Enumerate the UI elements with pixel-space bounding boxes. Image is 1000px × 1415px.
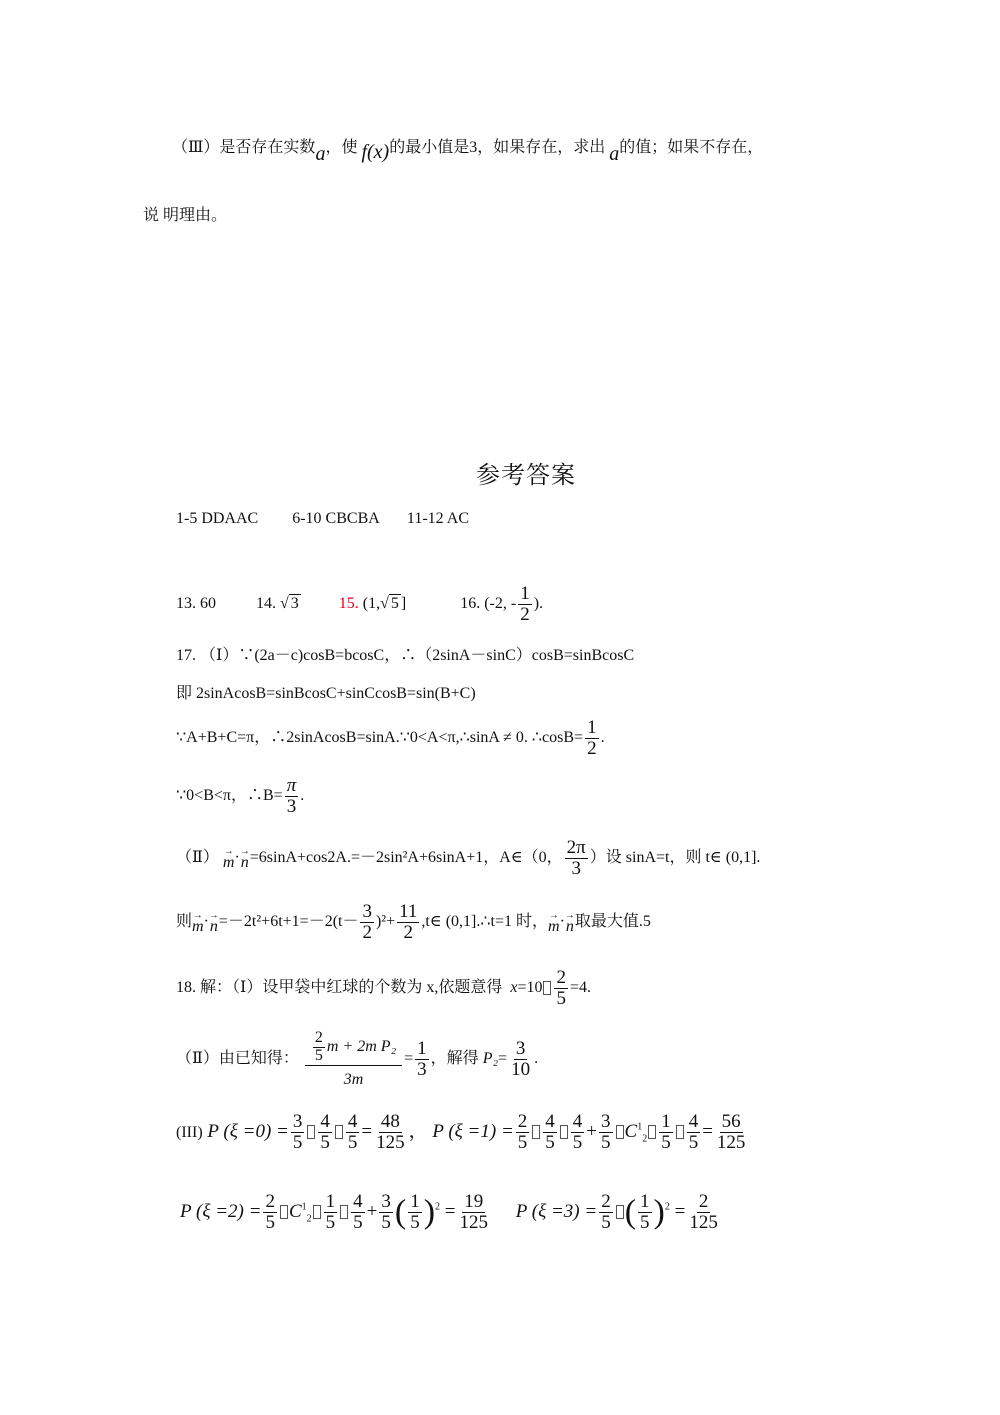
- fraction: 13: [415, 1039, 429, 1080]
- fx: f(x): [361, 141, 389, 163]
- q18-line2: （Ⅱ）由已知得： 25m + 2m P₂ 3m =13，解得 P₂=310.: [176, 1030, 538, 1088]
- num: 4: [346, 1112, 360, 1133]
- q17-line4: ∵0<B<π，∴B=π3.: [176, 776, 304, 817]
- var-p2: P₂: [483, 1050, 498, 1067]
- vector-m: →m: [192, 911, 204, 934]
- num: 48: [379, 1112, 402, 1133]
- num: π: [285, 776, 299, 797]
- den: 5: [263, 1213, 277, 1233]
- answers-title: 参考答案: [476, 455, 576, 490]
- text: (III): [176, 1124, 203, 1141]
- den: 5: [313, 1048, 325, 1065]
- fraction: 25: [554, 968, 568, 1009]
- fraction: 2125: [687, 1192, 720, 1233]
- var: n: [566, 920, 574, 934]
- fraction: 25: [313, 1030, 325, 1065]
- fraction: 19125: [457, 1192, 490, 1233]
- q17-line1: 17. （Ⅰ）∵(2a－c)cosB=bcosC，∴（2sinA－sinC）co…: [176, 642, 634, 665]
- text: .: [300, 787, 304, 804]
- fraction: 45: [318, 1112, 332, 1153]
- q18-line4: P (ξ =2) =25C121545+35(15)2 =19125 P (ξ …: [180, 1192, 722, 1233]
- placeholder-glyph: [335, 1125, 343, 1139]
- fraction: 12: [518, 584, 532, 625]
- den: 5: [351, 1213, 365, 1233]
- num: 1: [659, 1112, 673, 1133]
- text: )²+: [376, 913, 395, 930]
- q17-line3: ∵A+B+C=π，∴2sinAcosB=sinA.∵0<A<π,∴sinA ≠ …: [176, 718, 605, 759]
- den: 5: [408, 1213, 422, 1233]
- num: 2: [263, 1192, 277, 1213]
- sup: 2: [665, 1201, 670, 1212]
- fraction: 45: [346, 1112, 360, 1153]
- text: +: [367, 1201, 378, 1222]
- placeholder-glyph: [532, 1125, 540, 1139]
- p-xi-1: P (ξ =1) =: [432, 1121, 513, 1142]
- num: 1: [585, 718, 599, 739]
- mc-11-12: 11-12 AC: [407, 510, 469, 527]
- num: 1: [408, 1192, 422, 1213]
- num: 3: [514, 1039, 528, 1060]
- q16-b: ).: [534, 595, 543, 612]
- text: .: [534, 1050, 538, 1067]
- p-xi-2: P (ξ =2) =: [180, 1201, 261, 1222]
- fraction: 310: [509, 1039, 532, 1080]
- sup: 1: [302, 1201, 307, 1212]
- fraction: 25: [516, 1112, 530, 1153]
- num: 4: [571, 1112, 585, 1133]
- num: 4: [318, 1112, 332, 1133]
- num: 11: [397, 902, 419, 923]
- fill-answers: 13. 60 14. √3 15. (1,√5] 16. (-2, -12).: [176, 584, 543, 625]
- sup: 2: [435, 1201, 440, 1212]
- num: 1: [324, 1192, 338, 1213]
- fraction: 45: [543, 1112, 557, 1153]
- text: ∵A+B+C=π，∴2sinAcosB=sinA.∵0<A<π,∴sinA ≠ …: [176, 729, 583, 746]
- q18-line1: 18. 解：（Ⅰ）设甲袋中红球的个数为 x,依题意得 x=1025=4.: [176, 968, 591, 1009]
- mc-6-10: 6-10 CBCBA: [292, 510, 379, 527]
- num: 1: [518, 584, 532, 605]
- fraction: π3: [285, 776, 299, 817]
- den: 3: [415, 1060, 429, 1080]
- paren: ): [424, 1193, 435, 1230]
- den: 5: [554, 989, 568, 1009]
- text: ∵0<B<π，∴B=: [176, 787, 283, 804]
- text: =10: [517, 979, 542, 996]
- fraction: 15: [638, 1192, 652, 1233]
- den: 5: [638, 1213, 652, 1233]
- q17-line6: 则→m·→n=－2t²+6t+1=－2(t－32)²+112,t∈ (0,1].…: [176, 902, 651, 943]
- num: 2π: [565, 838, 588, 859]
- q17-line2: 即 2sinAcosB=sinBcosC+sinCcosB=sin(B+C): [176, 680, 476, 703]
- num: 3: [360, 902, 374, 923]
- q16-label: 16.: [460, 595, 480, 612]
- text: ，解得: [431, 1050, 479, 1067]
- den: 5: [346, 1133, 360, 1153]
- fraction: 45: [687, 1112, 701, 1153]
- num: 2: [599, 1192, 613, 1213]
- placeholder-glyph: [616, 1125, 624, 1139]
- fraction: 45: [351, 1192, 365, 1233]
- vector-m: →m: [548, 911, 560, 934]
- text: 则: [176, 913, 192, 930]
- text: m + 2m P₂: [327, 1038, 396, 1055]
- combination-c: C: [289, 1201, 302, 1222]
- num: 3: [379, 1192, 393, 1213]
- placeholder-glyph: [676, 1125, 684, 1139]
- p-xi-3: P (ξ =3) =: [516, 1201, 597, 1222]
- paren: (: [625, 1193, 636, 1230]
- den: 5: [379, 1213, 393, 1233]
- den: 5: [318, 1133, 332, 1153]
- fraction: 35: [291, 1112, 305, 1153]
- var: n: [210, 920, 218, 934]
- fraction: 25: [263, 1192, 277, 1233]
- placeholder-glyph: [648, 1125, 656, 1139]
- paren: (: [395, 1193, 406, 1230]
- fraction: 25: [599, 1192, 613, 1233]
- mc-1-5: 1-5 DDAAC: [176, 510, 258, 527]
- q17-line5: （Ⅱ） →m·→n=6sinA+cos2A.=－2sin²A+6sinA+1，A…: [176, 838, 760, 879]
- text: =: [404, 1050, 413, 1067]
- text: =－2t²+6t+1=－2(t－: [219, 913, 359, 930]
- num: 3: [291, 1112, 305, 1133]
- question-part3-line2: 说 明理由。: [143, 202, 227, 225]
- text: 取最大值.5: [575, 913, 651, 930]
- num: 2: [516, 1112, 530, 1133]
- den: 5: [324, 1213, 338, 1233]
- q15-value: (1,: [363, 595, 380, 612]
- sub: 2: [642, 1134, 647, 1145]
- num: 4: [687, 1112, 701, 1133]
- placeholder-glyph: [340, 1205, 348, 1219]
- sup: 1: [637, 1121, 642, 1132]
- q15-close: ]: [401, 595, 406, 612]
- fraction: 35: [379, 1192, 393, 1233]
- num: 56: [720, 1112, 743, 1133]
- text: （Ⅱ）: [176, 849, 219, 866]
- text: =: [361, 1121, 372, 1142]
- den: 3: [569, 859, 583, 879]
- den: 125: [374, 1133, 407, 1153]
- placeholder-glyph: [280, 1205, 288, 1219]
- num: 2: [313, 1030, 325, 1048]
- num: 2: [554, 968, 568, 989]
- num: 4: [351, 1192, 365, 1213]
- text: +: [586, 1121, 597, 1142]
- combination-c: C: [625, 1121, 638, 1142]
- text: ）设 sinA=t，则 t∈ (0,1].: [590, 849, 761, 866]
- fraction: 2π3: [565, 838, 588, 879]
- text: =: [675, 1201, 686, 1222]
- q14-label: 14.: [256, 595, 276, 612]
- den: 2: [585, 739, 599, 759]
- num: 19: [462, 1192, 485, 1213]
- den: 3: [285, 797, 299, 817]
- vector-n: →n: [240, 847, 250, 870]
- fraction: 45: [571, 1112, 585, 1153]
- text: ,t∈ (0,1].∴t=1 时，: [421, 913, 548, 930]
- var-a: a: [315, 143, 325, 165]
- fraction: 35: [599, 1112, 613, 1153]
- paren: ): [654, 1193, 665, 1230]
- question-part3-line1: （Ⅲ）是否存在实数a，使 f(x)的最小值是3，如果存在，求出 a的值；如果不存…: [172, 134, 763, 166]
- text: =4.: [570, 979, 591, 996]
- den: 125: [687, 1213, 720, 1233]
- fraction: 56125: [715, 1112, 748, 1153]
- text: =6sinA+cos2A.=－2sin²A+6sinA+1，A∈（0，: [250, 849, 563, 866]
- den: 3m: [342, 1066, 366, 1089]
- fraction: 15: [659, 1112, 673, 1153]
- text: =: [445, 1201, 456, 1222]
- fraction: 12: [585, 718, 599, 759]
- var: m: [192, 920, 204, 934]
- placeholder-glyph: [616, 1205, 624, 1219]
- den: 2: [518, 605, 532, 625]
- den: 2: [360, 923, 374, 943]
- compound-fraction: 25m + 2m P₂ 3m: [305, 1030, 402, 1088]
- text: =: [498, 1050, 507, 1067]
- p-xi-0: P (ξ =0) =: [207, 1121, 288, 1142]
- rad: 3: [289, 594, 301, 612]
- den: 125: [715, 1133, 748, 1153]
- den: 5: [516, 1133, 530, 1153]
- var: n: [241, 856, 249, 870]
- den: 2: [402, 923, 416, 943]
- var-a: a: [609, 143, 619, 165]
- text: =: [702, 1121, 713, 1142]
- num: 4: [543, 1112, 557, 1133]
- q15-label: 15.: [339, 595, 359, 612]
- text: 的最小值是3，如果存在，求出: [389, 139, 605, 156]
- den: 10: [509, 1060, 532, 1080]
- text: 18. 解：（Ⅰ）设甲袋中红球的个数为 x,依题意得: [176, 979, 502, 996]
- text: （Ⅲ）是否存在实数: [172, 139, 315, 156]
- den: 5: [571, 1133, 585, 1153]
- q18-line3: (III) P (ξ =0) =354545=48125， P (ξ =1) =…: [176, 1112, 749, 1153]
- placeholder-glyph: [313, 1205, 321, 1219]
- den: 5: [291, 1133, 305, 1153]
- den: 5: [687, 1133, 701, 1153]
- sub: 2: [307, 1214, 312, 1225]
- q16-a: (-2, -: [484, 595, 516, 612]
- placeholder-glyph: [543, 981, 551, 995]
- vector-n: →n: [209, 911, 219, 934]
- placeholder-glyph: [307, 1125, 315, 1139]
- num: 1: [415, 1039, 429, 1060]
- den: 5: [599, 1213, 613, 1233]
- fraction: 15: [408, 1192, 422, 1233]
- den: 5: [599, 1133, 613, 1153]
- placeholder-glyph: [560, 1125, 568, 1139]
- text: 的值；如果不存在，: [619, 139, 763, 156]
- num: 1: [638, 1192, 652, 1213]
- compound-numerator: 25m + 2m P₂: [305, 1030, 402, 1066]
- q13: 13. 60: [176, 595, 216, 612]
- sqrt: √5: [380, 595, 401, 613]
- mc-answers: 1-5 DDAAC 6-10 CBCBA 11-12 AC: [176, 510, 469, 528]
- den: 5: [543, 1133, 557, 1153]
- text: .: [601, 729, 605, 746]
- text: ，使: [325, 139, 357, 156]
- fraction: 112: [397, 902, 419, 943]
- fraction: 48125: [374, 1112, 407, 1153]
- sqrt: √3: [280, 595, 301, 613]
- vector-n: →n: [565, 911, 575, 934]
- var: m: [223, 856, 235, 870]
- vector-m: →m: [223, 847, 235, 870]
- rad: 5: [389, 594, 401, 612]
- text: （Ⅱ）由已知得：: [176, 1050, 299, 1067]
- num: 2: [697, 1192, 711, 1213]
- den: 5: [659, 1133, 673, 1153]
- var: m: [548, 920, 560, 934]
- fraction: 32: [360, 902, 374, 943]
- num: 3: [599, 1112, 613, 1133]
- fraction: 15: [324, 1192, 338, 1233]
- den: 125: [457, 1213, 490, 1233]
